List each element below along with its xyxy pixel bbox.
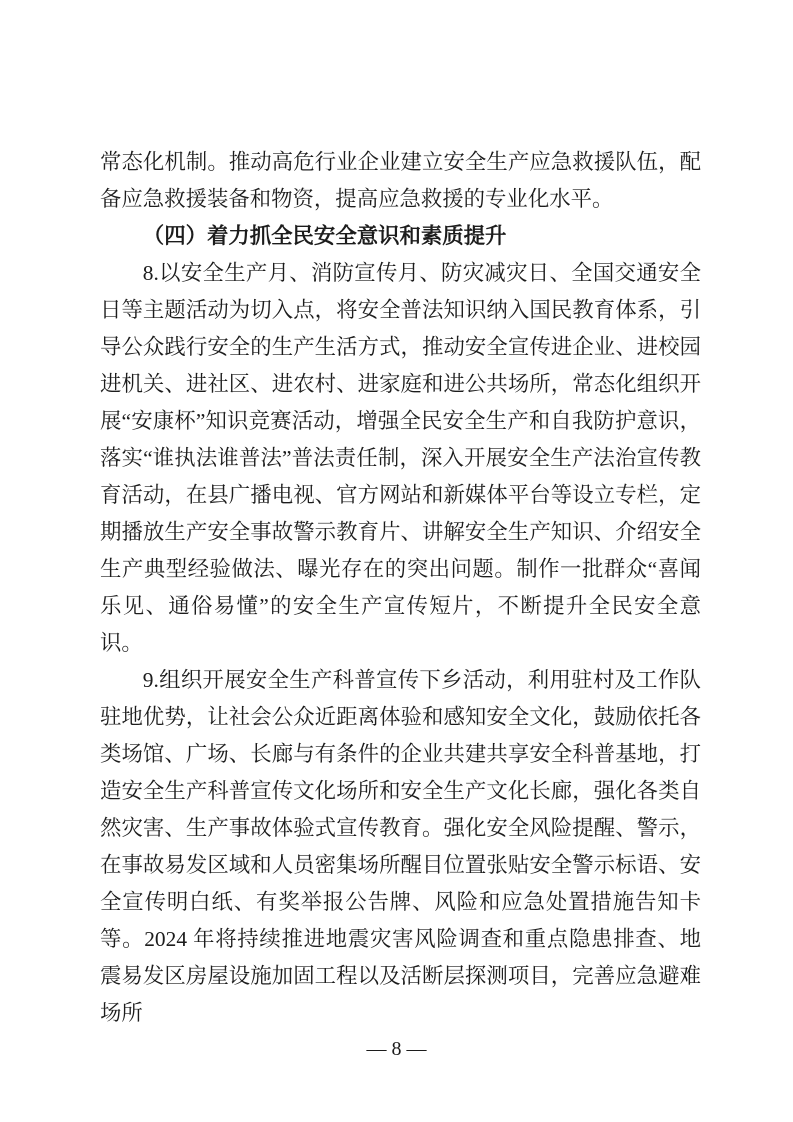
paragraph-item-8: 8.以安全生产月、消防宣传月、防灾减灾日、全国交通安全日等主题活动为切入点，将安…	[100, 255, 701, 662]
section-heading: （四）着力抓全民安全意识和素质提升	[100, 218, 701, 255]
paragraph-continuation: 常态化机制。推动高危行业企业建立安全生产应急救援队伍，配备应急救援装备和物资，提…	[100, 144, 701, 218]
paragraph-item-9: 9.组织开展安全生产科普宣传下乡活动，利用驻村及工作队驻地优势，让社会公众近距离…	[100, 662, 701, 1032]
document-page: 常态化机制。推动高危行业企业建立安全生产应急救援队伍，配备应急救援装备和物资，提…	[0, 0, 793, 1122]
page-footer: — 8 —	[0, 1036, 793, 1062]
document-body: 常态化机制。推动高危行业企业建立安全生产应急救援队伍，配备应急救援装备和物资，提…	[100, 144, 701, 1032]
page-number: — 8 —	[367, 1038, 427, 1060]
